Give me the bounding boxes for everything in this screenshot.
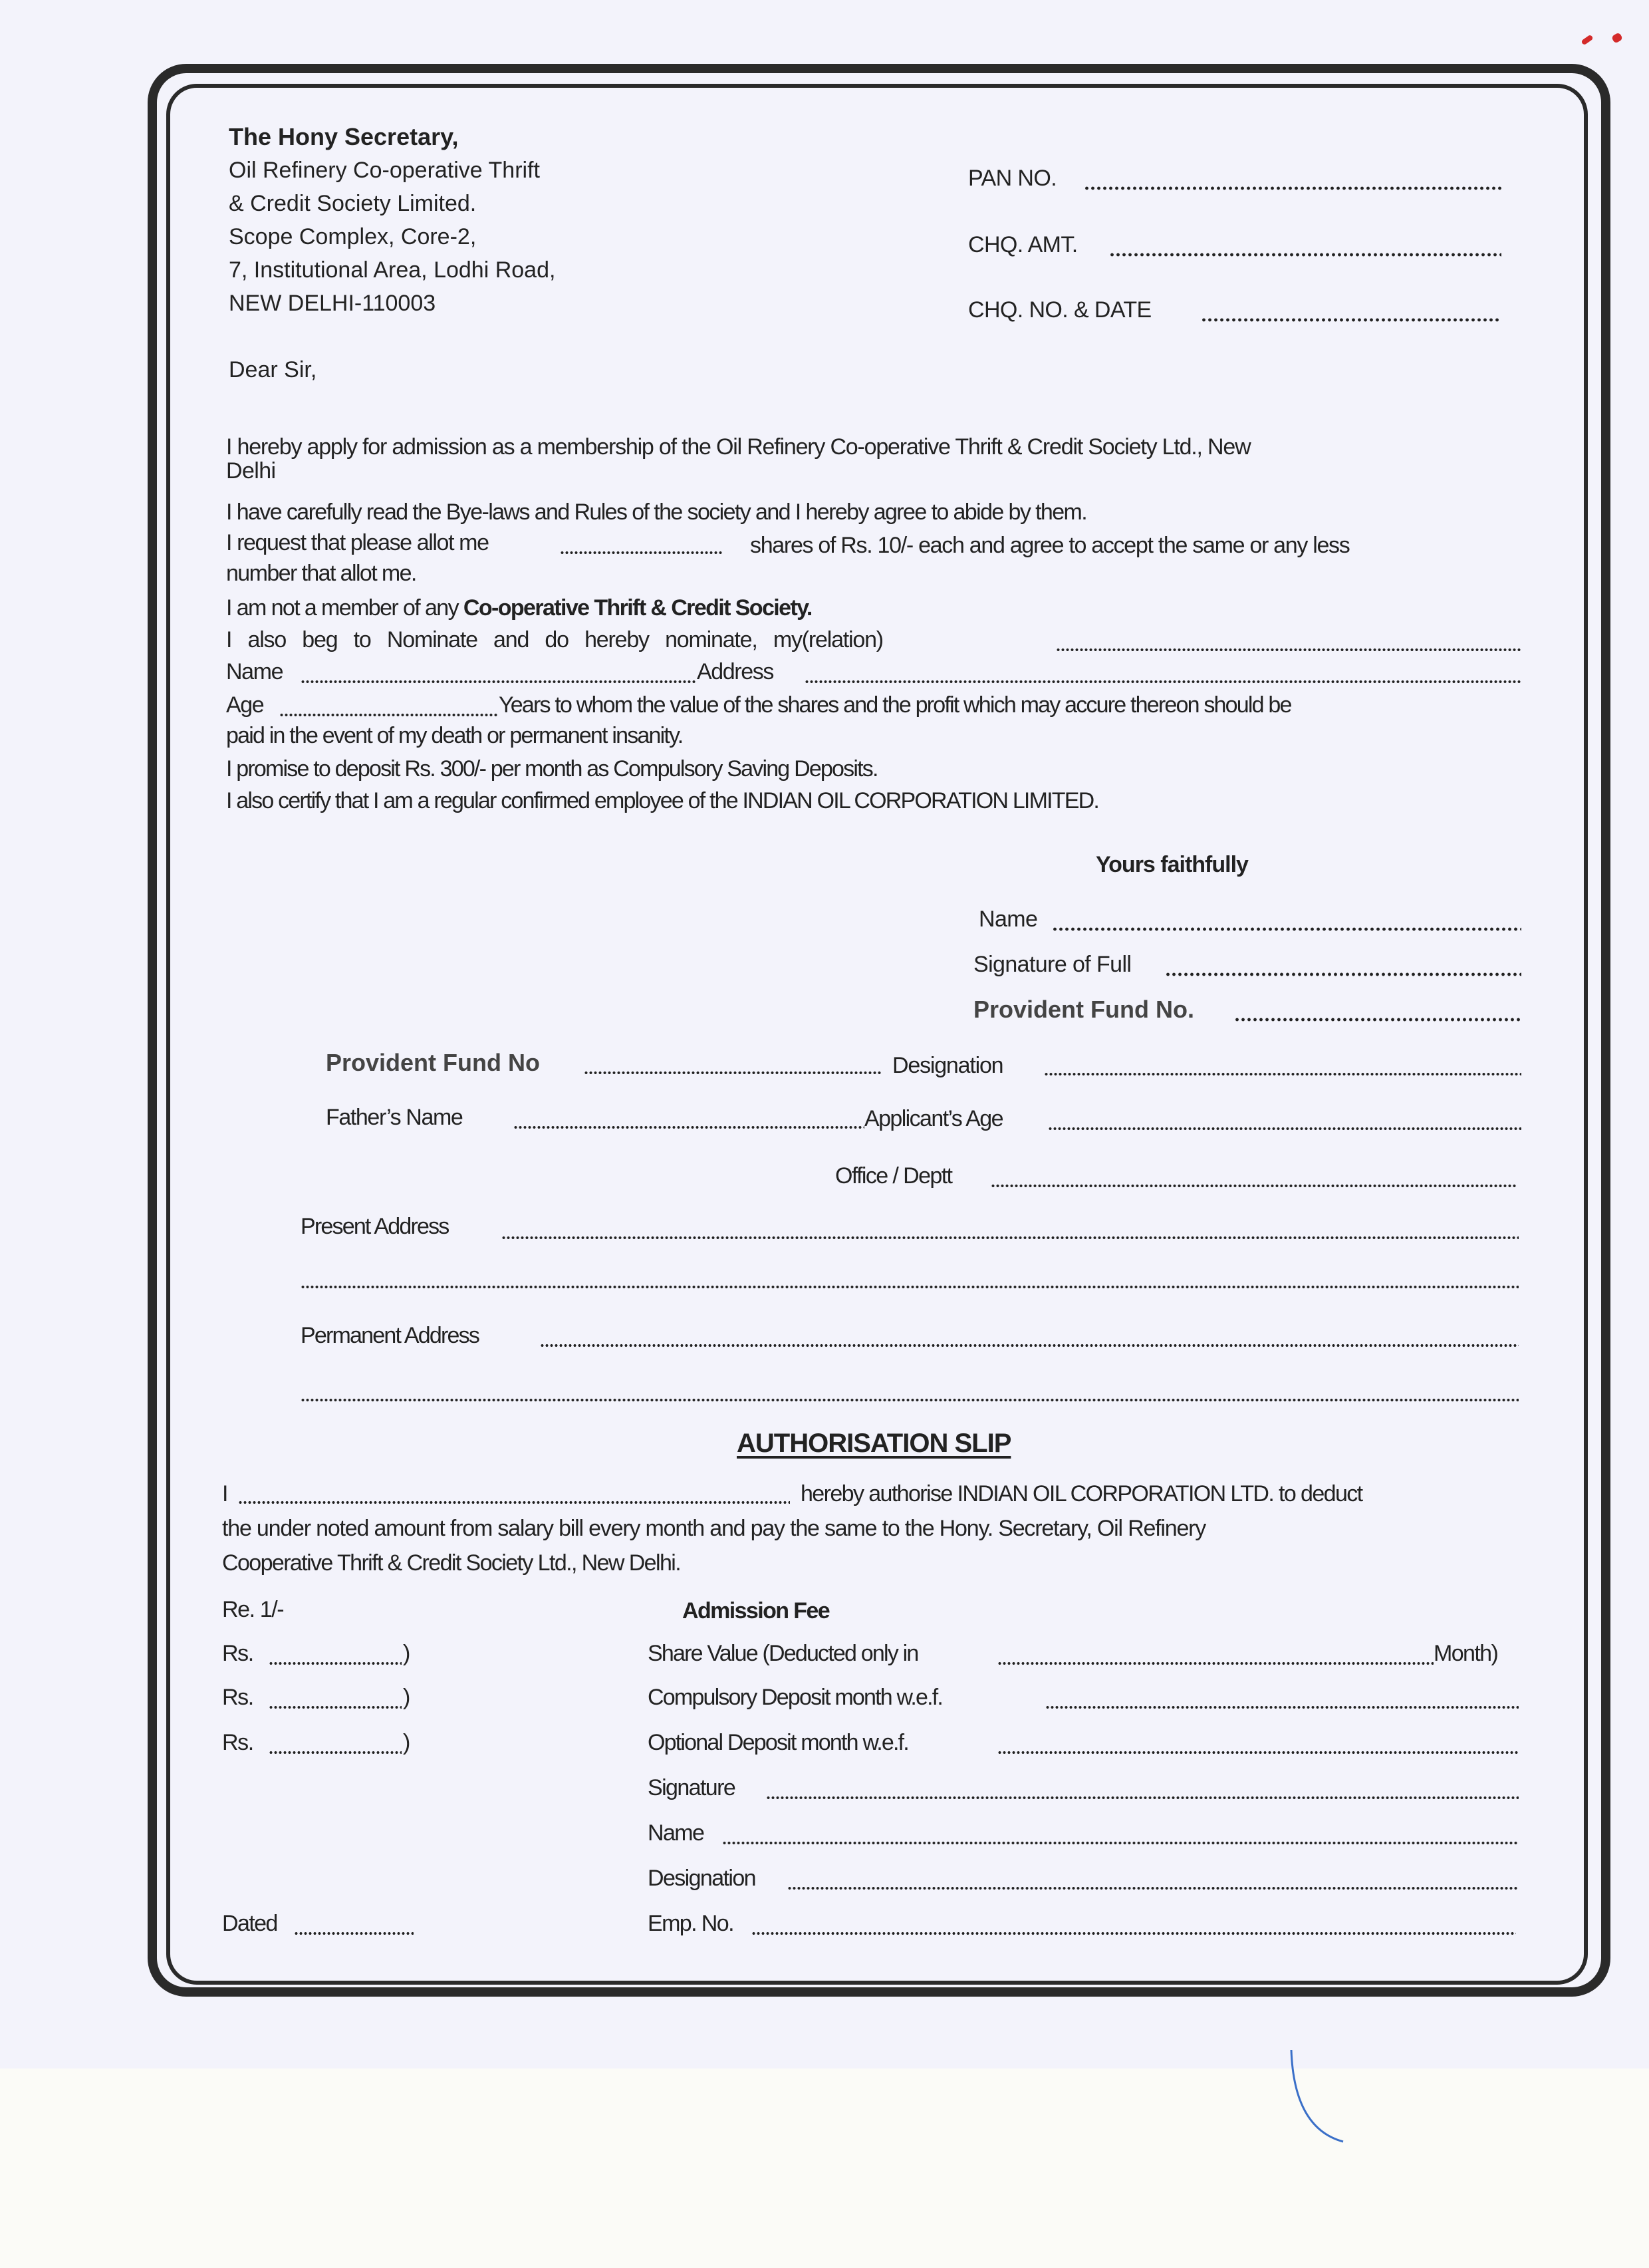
compulsory-deposit-field[interactable] xyxy=(1045,1705,1519,1709)
not-member-bold: Co-operative Thrift & Credit Society. xyxy=(463,595,812,621)
slip-signature-field[interactable] xyxy=(766,1796,1519,1800)
nominee-relation-field[interactable] xyxy=(1056,648,1521,652)
signature-of-full-field[interactable] xyxy=(1165,972,1521,976)
deposit-text: I promise to deposit Rs. 300/- per month… xyxy=(226,756,878,782)
office-deptt-field[interactable] xyxy=(991,1184,1516,1188)
optional-deposit-label: Optional Deposit month w.e.f. xyxy=(648,1729,908,1756)
emp-no-label: Emp. No. xyxy=(648,1910,733,1937)
share-value-suffix: Month) xyxy=(1434,1640,1497,1667)
read-rules-text: I have carefully read the Bye-laws and R… xyxy=(226,499,1086,525)
authoriser-name-field[interactable] xyxy=(238,1500,790,1504)
permanent-address-field-line2[interactable] xyxy=(301,1398,1519,1402)
present-address-field-line2[interactable] xyxy=(301,1285,1519,1289)
slip-signature-label: Signature xyxy=(648,1774,735,1801)
designation-field[interactable] xyxy=(1044,1072,1521,1076)
authorise-text-line3: Cooperative Thrift & Credit Society Ltd.… xyxy=(222,1550,680,1576)
yours-faithfully: Yours faithfully xyxy=(1096,851,1248,878)
apply-text-cont: Delhi xyxy=(226,458,275,484)
years-text-cont: paid in the event of my death or permane… xyxy=(226,722,682,749)
not-member-prefix: I am not a member of any xyxy=(226,595,463,621)
nominate-text: I also beg to Nominate and do hereby nom… xyxy=(226,627,883,653)
pan-no-label: PAN NO. xyxy=(968,165,1057,192)
closing-name-field[interactable] xyxy=(1052,927,1521,931)
share-value-month-field[interactable] xyxy=(997,1661,1434,1665)
red-ink-mark xyxy=(1611,32,1623,43)
authorise-text: hereby authorise INDIAN OIL CORPORATION … xyxy=(801,1481,1362,1507)
slip-designation-label: Designation xyxy=(648,1865,755,1892)
paren: ) xyxy=(403,1640,410,1667)
share-value-label: Share Value (Deducted only in xyxy=(648,1640,918,1667)
nominee-name-field[interactable] xyxy=(301,680,696,684)
chq-no-date-field[interactable] xyxy=(1201,318,1500,322)
addressee-title: The Hony Secretary, xyxy=(229,124,458,150)
authorisation-heading: AUTHORISATION SLIP xyxy=(737,1430,1011,1457)
red-ink-mark xyxy=(1581,35,1593,46)
pf-no-field[interactable] xyxy=(584,1071,882,1075)
present-address-label: Present Address xyxy=(301,1213,448,1240)
nominee-address-label: Address xyxy=(697,658,773,685)
optional-amount-field[interactable] xyxy=(269,1751,402,1755)
signature-of-full-label: Signature of Full xyxy=(973,951,1131,978)
optional-deposit-field[interactable] xyxy=(997,1751,1519,1755)
chq-no-date-label: CHQ. NO. & DATE xyxy=(968,297,1152,323)
nominee-age-label: Age xyxy=(226,692,263,718)
closing-pf-no-field[interactable] xyxy=(1234,1018,1521,1022)
admission-fee-label: Admission Fee xyxy=(682,1598,829,1624)
admission-fee-amount: Re. 1/- xyxy=(222,1596,283,1623)
applicants-age-label: Applicant’s Age xyxy=(864,1105,1003,1132)
share-value-amount-field[interactable] xyxy=(269,1661,402,1665)
nominee-age-field[interactable] xyxy=(279,713,497,717)
address-line: 7, Institutional Area, Lodhi Road, xyxy=(229,257,555,283)
authorise-prefix: I xyxy=(222,1481,228,1507)
closing-name-label: Name xyxy=(979,906,1037,932)
nominee-name-label: Name xyxy=(226,658,283,685)
optional-rs-label: Rs. xyxy=(222,1729,253,1756)
allot-text-cont: number that allot me. xyxy=(226,560,416,587)
emp-no-field[interactable] xyxy=(751,1931,1516,1935)
address-line: Scope Complex, Core-2, xyxy=(229,223,476,250)
address-line: & Credit Society Limited. xyxy=(229,190,476,217)
address-line: NEW DELHI-110003 xyxy=(229,290,436,317)
present-address-field[interactable] xyxy=(501,1236,1519,1240)
slip-name-label: Name xyxy=(648,1820,703,1846)
dated-field[interactable] xyxy=(294,1931,414,1935)
closing-pf-no-label: Provident Fund No. xyxy=(973,996,1194,1023)
chq-amt-label: CHQ. AMT. xyxy=(968,231,1078,258)
salutation: Dear Sir, xyxy=(229,356,317,383)
nominee-address-field[interactable] xyxy=(805,680,1521,684)
shares-count-field[interactable] xyxy=(560,551,723,555)
slip-designation-field[interactable] xyxy=(787,1886,1519,1890)
paren: ) xyxy=(403,1684,410,1711)
applicants-age-field[interactable] xyxy=(1048,1127,1521,1131)
not-member-text: I am not a member of any Co-operative Th… xyxy=(226,595,812,621)
authorise-text-line2: the under noted amount from salary bill … xyxy=(222,1515,1205,1542)
office-deptt-label: Office / Deptt xyxy=(835,1163,951,1189)
compulsory-deposit-label: Compulsory Deposit month w.e.f. xyxy=(648,1684,942,1711)
blue-pen-stroke xyxy=(1290,2049,1423,2155)
address-line: Oil Refinery Co-operative Thrift xyxy=(229,157,540,184)
allot-prefix: I request that please allot me xyxy=(226,529,489,556)
fathers-name-label: Father’s Name xyxy=(326,1104,462,1131)
certify-text: I also certify that I am a regular confi… xyxy=(226,787,1098,814)
apply-text: I hereby apply for admission as a member… xyxy=(226,434,1250,460)
slip-name-field[interactable] xyxy=(722,1841,1519,1845)
share-value-rs-label: Rs. xyxy=(222,1640,253,1667)
fathers-name-field[interactable] xyxy=(513,1125,864,1129)
allot-suffix: shares of Rs. 10/- each and agree to acc… xyxy=(750,532,1349,559)
permanent-address-label: Permanent Address xyxy=(301,1322,479,1349)
chq-amt-field[interactable] xyxy=(1109,253,1501,257)
compulsory-amount-field[interactable] xyxy=(269,1705,402,1709)
pf-no-label: Provident Fund No xyxy=(326,1050,540,1076)
compulsory-rs-label: Rs. xyxy=(222,1684,253,1711)
dated-label: Dated xyxy=(222,1910,277,1937)
paren: ) xyxy=(403,1729,410,1756)
permanent-address-field[interactable] xyxy=(540,1344,1519,1347)
designation-label: Designation xyxy=(892,1052,1003,1079)
years-text: Years to whom the value of the shares an… xyxy=(499,692,1291,718)
pan-no-field[interactable] xyxy=(1084,186,1503,190)
